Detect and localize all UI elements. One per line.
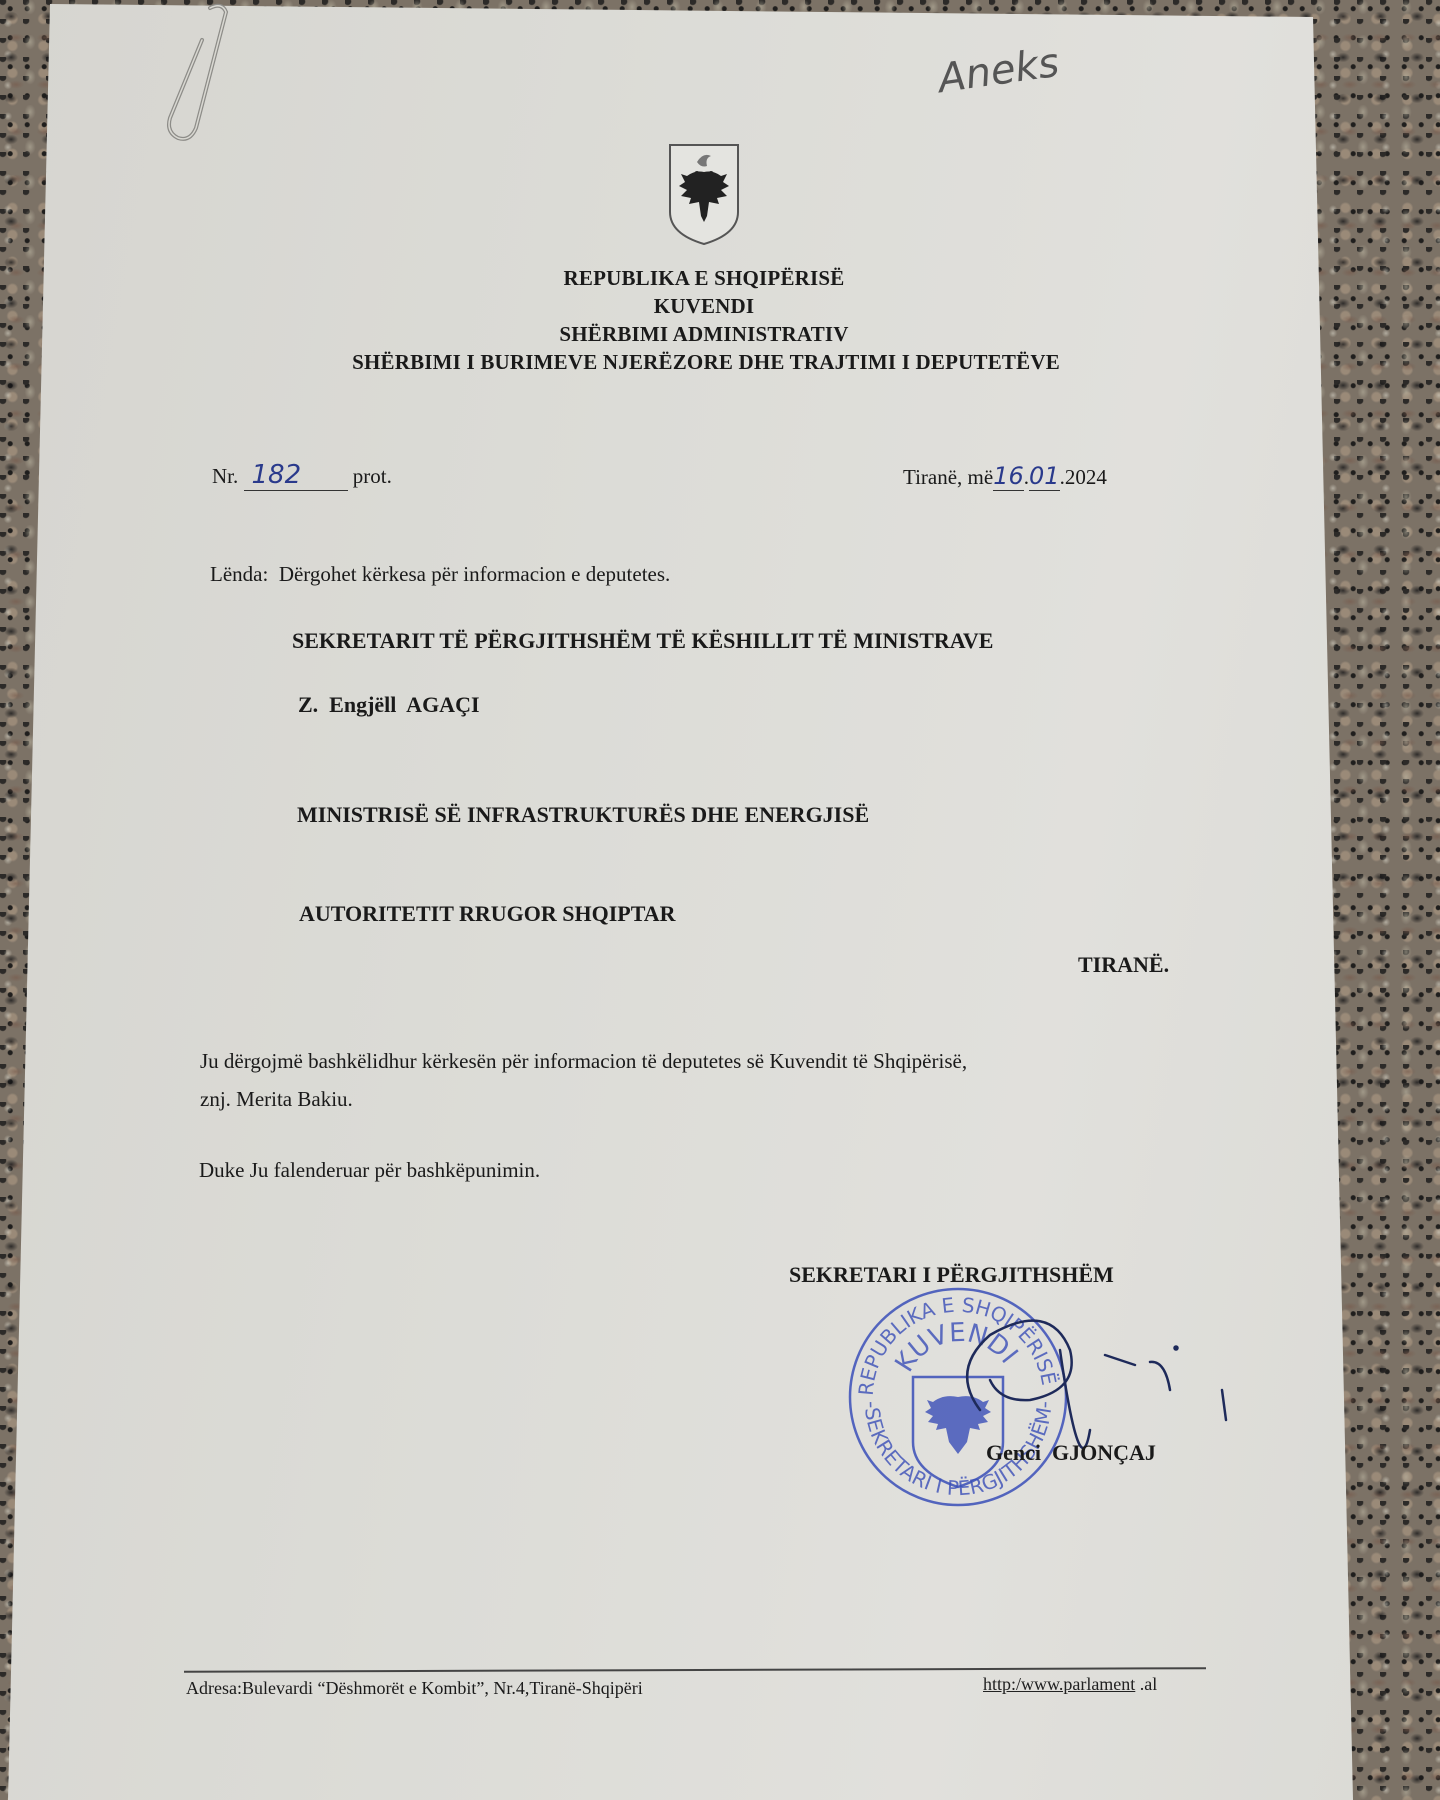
body-paragraph-1-line-1: Ju dërgojmë bashkëlidhur kërkesën për in…: [200, 1049, 967, 1074]
paperclip-icon: [150, 0, 240, 150]
date-year: 2024: [1065, 465, 1107, 489]
website-suffix: .al: [1135, 1674, 1157, 1694]
handwritten-signature: [930, 1290, 1260, 1450]
recipient-city: TIRANË.: [1078, 952, 1169, 978]
body-paragraph-2: Duke Ju falenderuar për bashkëpunimin.: [199, 1158, 540, 1183]
recipient-road-authority: AUTORITETIT RRUGOR SHQIPTAR: [299, 901, 676, 927]
date-day: 16: [993, 462, 1024, 491]
subject-label: Lënda:: [210, 562, 268, 586]
date-month: 01: [1029, 462, 1060, 491]
date-prefix: Tiranë, më: [903, 465, 993, 489]
recipient-ministry: MINISTRISË SË INFRASTRUKTURËS DHE ENERGJ…: [297, 802, 869, 828]
protocol-number-line: Nr. 182 prot.: [212, 460, 392, 491]
header-parliament: KUVENDI: [654, 294, 755, 319]
body-paragraph-1-line-2: znj. Merita Bakiu.: [200, 1087, 353, 1112]
protocol-prefix: Nr.: [212, 464, 238, 488]
website-link[interactable]: http:/www.parlament: [983, 1674, 1135, 1694]
recipient-secretary-general: SEKRETARIT TË PËRGJITHSHËM TË KËSHILLIT …: [292, 628, 993, 654]
date-line: Tiranë, më16.01.2024: [903, 462, 1107, 490]
albania-coat-of-arms-icon: [667, 142, 741, 246]
recipient-person-name: Z. Engjëll AGAÇI: [298, 692, 480, 718]
protocol-number-field: 182: [244, 460, 348, 491]
header-republic: REPUBLIKA E SHQIPËRISË: [564, 266, 845, 291]
header-hr-department: SHËRBIMI I BURIMEVE NJERËZORE DHE TRAJTI…: [352, 350, 1060, 375]
subject-text: Dërgohet kërkesa për informacion e deput…: [279, 562, 670, 586]
protocol-number: 182: [252, 460, 302, 490]
header-admin-service: SHËRBIMI ADMINISTRATIV: [559, 322, 848, 347]
footer-address: Adresa:Bulevardi “Dëshmorët e Kombit”, N…: [186, 1678, 643, 1699]
footer-website: http:/www.parlament .al: [983, 1674, 1157, 1695]
signatory-name: Genci GJONÇAJ: [986, 1440, 1156, 1466]
subject-line: Lënda: Dërgohet kërkesa për informacion …: [210, 562, 670, 587]
protocol-suffix: prot.: [353, 464, 392, 488]
